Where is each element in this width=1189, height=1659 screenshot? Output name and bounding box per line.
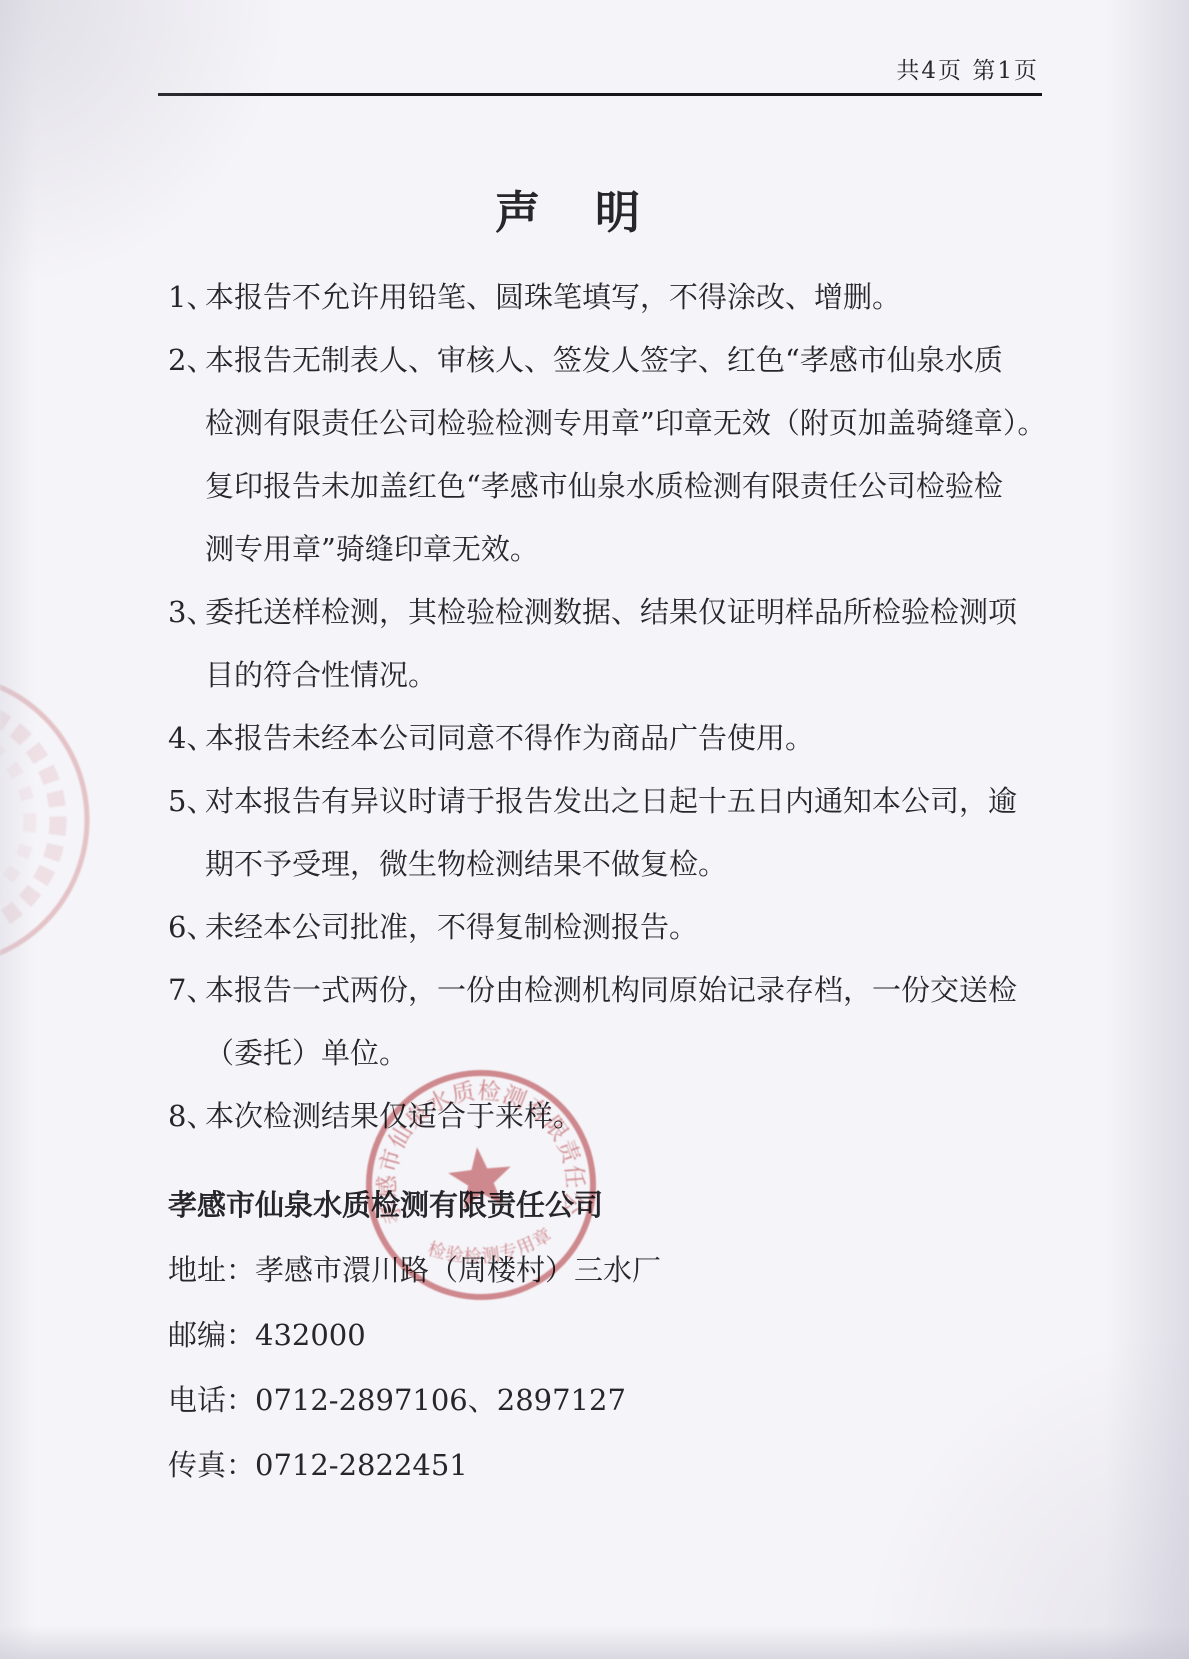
statement-2-line-1: 2、本报告无制表人、审核人、签发人签字、红色“孝感市仙泉水质 (168, 329, 1088, 392)
company-zipcode: 邮编：432000 (168, 1303, 1088, 1368)
statement-7-line-1: 7、本报告一式两份，一份由检测机构同原始记录存档，一份交送检 (168, 959, 1088, 1022)
statement-list: 1、本报告不允许用铅笔、圆珠笔填写，不得涂改、增删。 2、本报告无制表人、审核人… (168, 266, 1088, 1148)
statement-text: 本次检测结果仅适合于来样。 (205, 1099, 582, 1133)
statement-text: （委托）单位。 (205, 1036, 408, 1070)
statement-6-line-1: 6、未经本公司批准，不得复制检测报告。 (168, 896, 1088, 959)
statement-3-line-2: 目的符合性情况。 (168, 644, 1088, 707)
statement-4-line-1: 4、本报告未经本公司同意不得作为商品广告使用。 (168, 707, 1088, 770)
statement-number: 6、 (168, 896, 205, 959)
statement-number: 5、 (168, 770, 205, 833)
statement-8-line-1: 8、本次检测结果仅适合于来样。 (168, 1085, 1088, 1148)
company-fax: 传真：0712-2822451 (168, 1433, 1088, 1498)
statement-text: 期不予受理，微生物检测结果不做复检。 (205, 847, 727, 881)
statement-text: 委托送样检测，其检验检测数据、结果仅证明样品所检验检测项 (205, 595, 1017, 629)
statement-5-line-1: 5、对本报告有异议时请于报告发出之日起十五日内通知本公司，逾 (168, 770, 1088, 833)
statement-1-line-1: 1、本报告不允许用铅笔、圆珠笔填写，不得涂改、增删。 (168, 266, 1088, 329)
statement-3-line-1: 3、委托送样检测，其检验检测数据、结果仅证明样品所检验检测项 (168, 581, 1088, 644)
company-phone: 电话：0712-2897106、2897127 (168, 1368, 1088, 1433)
statement-text: 本报告一式两份，一份由检测机构同原始记录存档，一份交送检 (205, 973, 1017, 1007)
statement-number: 4、 (168, 707, 205, 770)
statement-2-line-2: 检测有限责任公司检验检测专用章”印章无效（附页加盖骑缝章）。 (168, 392, 1088, 455)
statement-text: 目的符合性情况。 (205, 658, 437, 692)
company-name: 孝感市仙泉水质检测有限责任公司 (168, 1173, 1088, 1238)
header-rule (158, 93, 1042, 96)
statement-number: 3、 (168, 581, 205, 644)
statement-number: 7、 (168, 959, 205, 1022)
statement-number: 1、 (168, 266, 205, 329)
page-title: 声 明 (0, 176, 1140, 241)
statement-text: 本报告无制表人、审核人、签发人签字、红色“孝感市仙泉水质 (205, 343, 1003, 377)
company-address: 地址：孝感市澴川路（周楼村）三水厂 (168, 1238, 1088, 1303)
statement-text: 复印报告未加盖红色“孝感市仙泉水质检测有限责任公司检验检 (205, 469, 1003, 503)
company-info-block: 孝感市仙泉水质检测有限责任公司 地址：孝感市澴川路（周楼村）三水厂 邮编：432… (168, 1173, 1088, 1498)
statement-text: 本报告不允许用铅笔、圆珠笔填写，不得涂改、增删。 (205, 280, 901, 314)
statement-5-line-2: 期不予受理，微生物检测结果不做复检。 (168, 833, 1088, 896)
partial-red-seal (0, 655, 140, 985)
statement-text: 检测有限责任公司检验检测专用章”印章无效（附页加盖骑缝章）。 (205, 406, 1046, 440)
statement-2-line-4: 测专用章”骑缝印章无效。 (168, 518, 1088, 581)
statement-number: 8、 (168, 1085, 205, 1148)
statement-text: 测专用章”骑缝印章无效。 (205, 532, 539, 566)
document-page: 共4页 第1页 声 明 1、本报告不允许用铅笔、圆珠笔填写，不得涂改、增删。 2… (0, 0, 1189, 1659)
statement-text: 本报告未经本公司同意不得作为商品广告使用。 (205, 721, 814, 755)
statement-7-line-2: （委托）单位。 (168, 1022, 1088, 1085)
statement-text: 对本报告有异议时请于报告发出之日起十五日内通知本公司，逾 (205, 784, 1017, 818)
statement-text: 未经本公司批准，不得复制检测报告。 (205, 910, 698, 944)
statement-number: 2、 (168, 329, 205, 392)
page-number: 共4页 第1页 (896, 52, 1039, 85)
statement-2-line-3: 复印报告未加盖红色“孝感市仙泉水质检测有限责任公司检验检 (168, 455, 1088, 518)
